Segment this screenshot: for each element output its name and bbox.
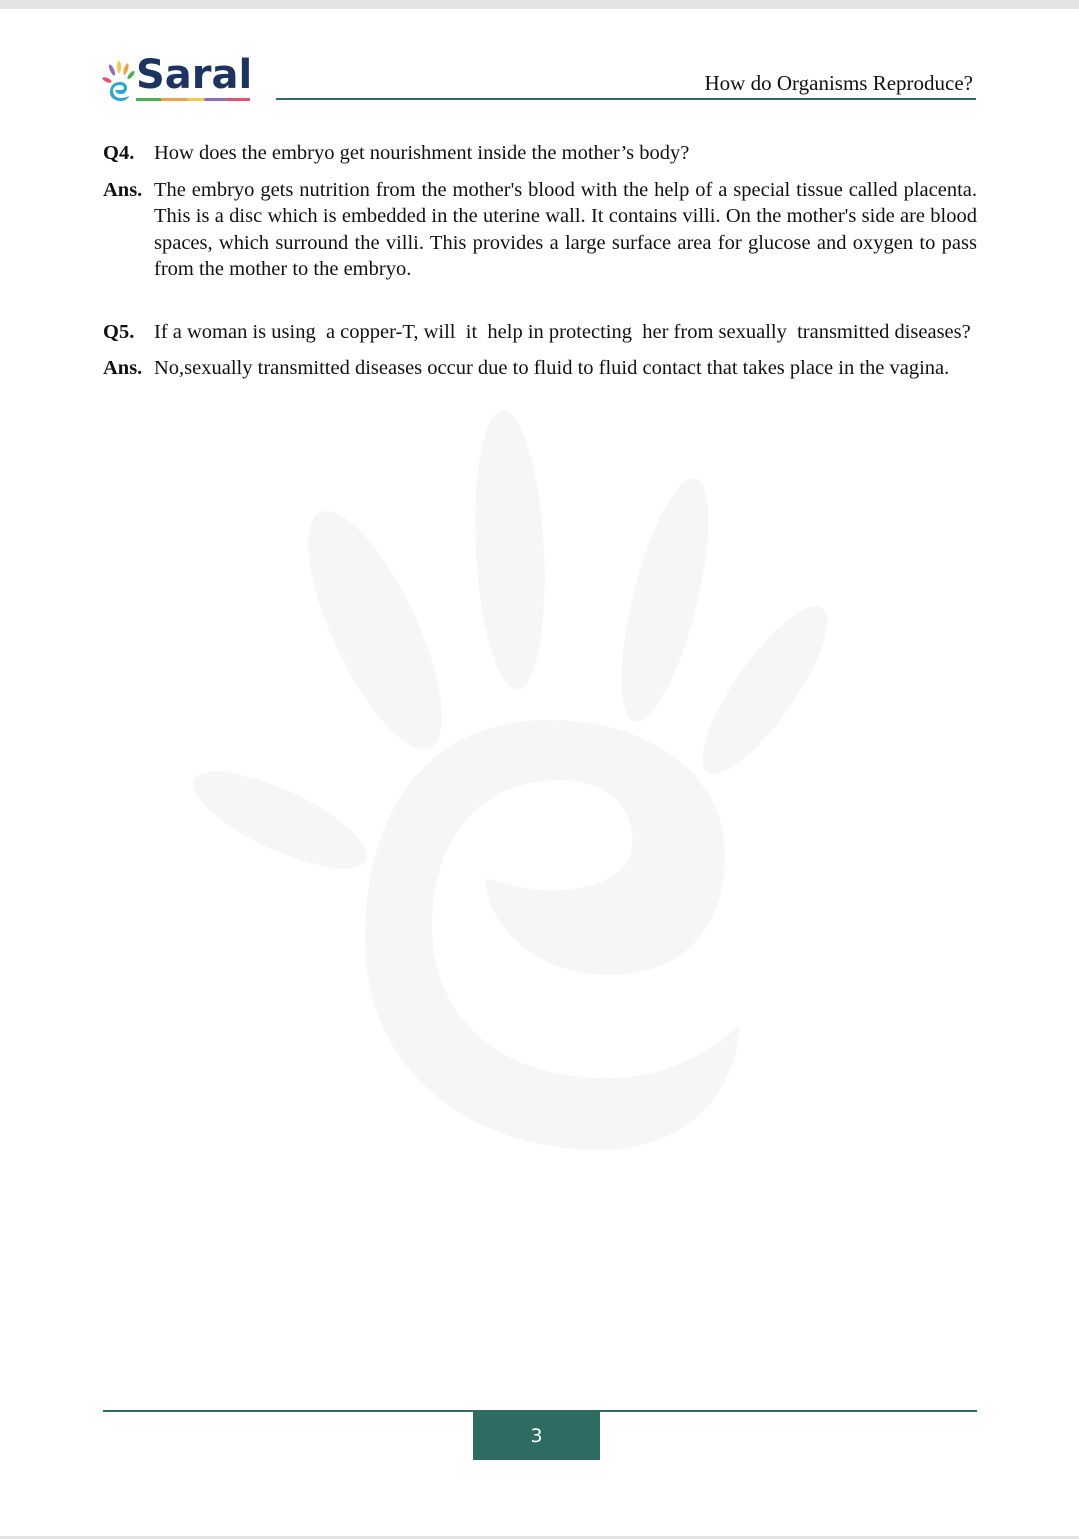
answer-q4: Ans. The embryo gets nutrition from the …	[103, 177, 977, 283]
question-q4: Q4. How does the embryo get nourishment …	[103, 140, 977, 167]
page-number: 3	[473, 1411, 600, 1460]
question-text: If a woman is using a copper-T, will it …	[154, 319, 977, 346]
qa-content: Q4. How does the embryo get nourishment …	[103, 140, 977, 382]
answer-q5: Ans. No,sexually transmitted diseases oc…	[103, 355, 977, 382]
esaral-logo[interactable]: Saral	[102, 58, 252, 106]
header-divider	[276, 98, 976, 100]
chapter-title: How do Organisms Reproduce?	[705, 71, 973, 96]
esaral-hand-watermark-icon	[180, 400, 840, 1160]
brand-color-bar	[136, 98, 250, 101]
question-label: Q5.	[103, 319, 154, 346]
esaral-hand-logo-icon	[102, 58, 138, 102]
viewer-top-strip	[0, 0, 1079, 9]
answer-text: No,sexually transmitted diseases occur d…	[154, 355, 977, 382]
question-label: Q4.	[103, 140, 154, 167]
question-text: How does the embryo get nourishment insi…	[154, 140, 977, 167]
question-q5: Q5. If a woman is using a copper-T, will…	[103, 319, 977, 346]
answer-text: The embryo gets nutrition from the mothe…	[154, 177, 977, 283]
answer-label: Ans.	[103, 177, 154, 283]
answer-label: Ans.	[103, 355, 154, 382]
brand-name: Saral	[136, 52, 252, 98]
